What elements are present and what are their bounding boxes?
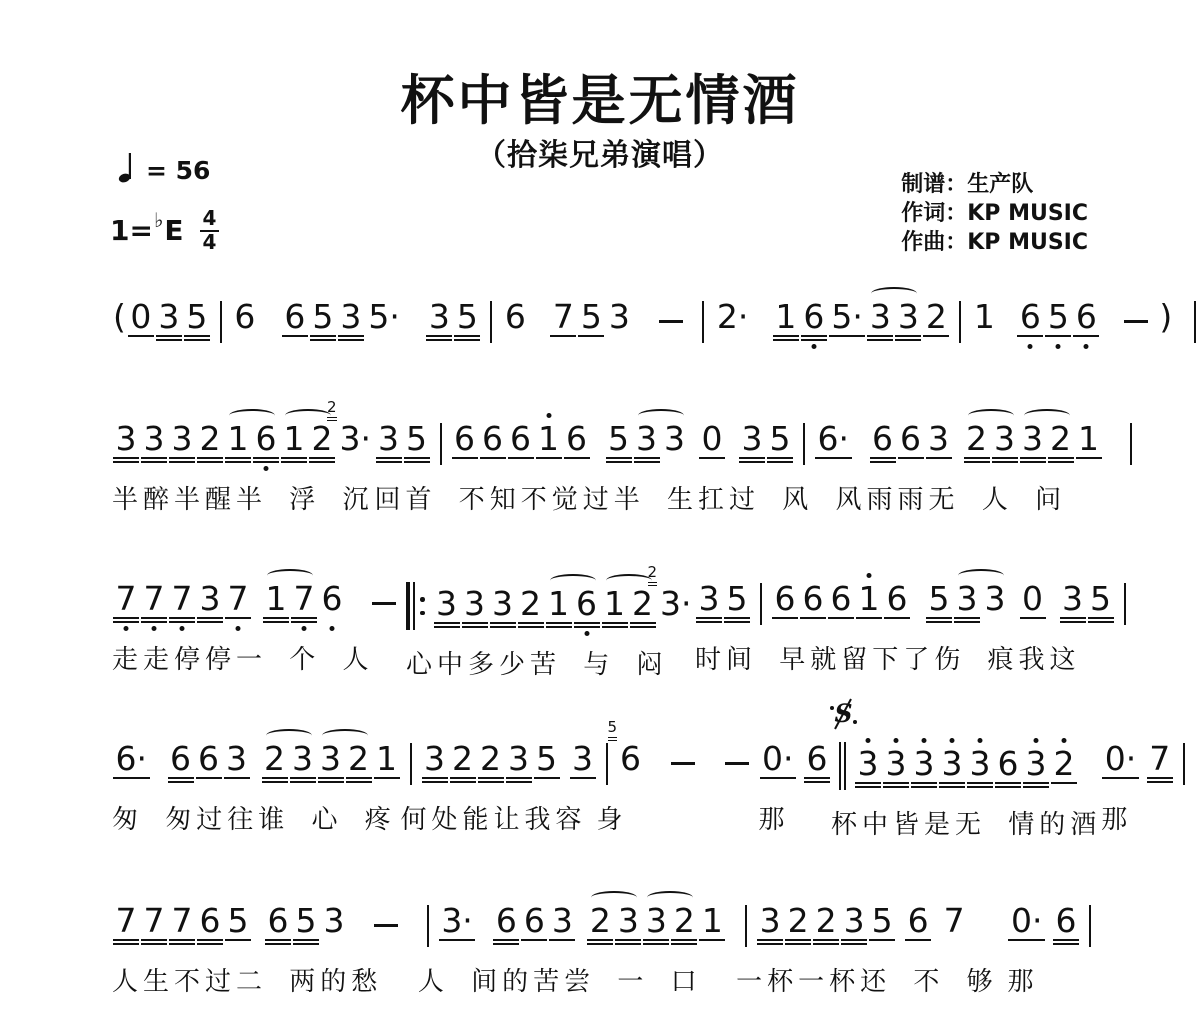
- note: 3: [490, 587, 516, 630]
- score-element: [113, 939, 139, 941]
- note: 3: [757, 904, 783, 947]
- score-element: [911, 782, 937, 784]
- note: 7: [141, 904, 167, 947]
- score-element: [699, 457, 725, 459]
- note-number: 5: [1088, 582, 1114, 615]
- note-number: 6: [1073, 300, 1099, 333]
- beam-lines: [290, 775, 316, 785]
- music-system: 6·66323321匆 匆过往谁 心 疼322353何处能让我容56身0·6那S…: [112, 742, 1100, 841]
- score-element: [253, 461, 279, 463]
- score-element: [156, 339, 182, 341]
- note: 2: [671, 904, 697, 947]
- note: 7: [141, 582, 167, 625]
- score-element: [141, 621, 167, 623]
- lyric-line: 扛过 风 风雨雨无 人 问: [698, 479, 1066, 516]
- note-number: 3: [696, 582, 722, 615]
- measure-segment: 77737176走走停停一 个 人: [112, 582, 406, 676]
- score-element: [141, 939, 167, 941]
- beam-lines: [1017, 333, 1043, 343]
- score-element: [197, 617, 223, 619]
- beam-lines: [785, 937, 811, 947]
- paren: (: [113, 300, 126, 333]
- note: 3: [156, 300, 182, 343]
- score-element: [141, 461, 167, 463]
- note: 1: [546, 587, 572, 630]
- score-element: [169, 457, 195, 459]
- beam-lines: [618, 775, 644, 785]
- note-number: 3: [376, 422, 402, 455]
- beam-lines: [169, 937, 195, 947]
- measure-segment: 56身: [597, 742, 759, 836]
- score-element: [772, 617, 798, 619]
- beam-lines: [964, 455, 990, 465]
- note-number: 5: [606, 422, 632, 455]
- measure-segment: 3566616533回首 不知不觉过半 生: [375, 422, 699, 516]
- note: 3: [643, 904, 669, 947]
- beam-lines: [587, 937, 613, 947]
- note-number: 2: [309, 422, 335, 455]
- score-element: [549, 939, 575, 941]
- beam-lines: [800, 615, 826, 625]
- score-element: [169, 617, 195, 619]
- score-element: [926, 617, 952, 619]
- note-number: 6: [502, 300, 528, 333]
- beam-lines: [643, 937, 669, 947]
- note-number: 5: [225, 904, 251, 937]
- beam-lines: [1053, 937, 1079, 947]
- beam-lines: [536, 455, 562, 465]
- grace-note: 5: [608, 720, 618, 741]
- note-number: 7: [169, 904, 195, 937]
- beam-lines: [939, 780, 965, 790]
- note-number: 5: [1045, 300, 1071, 333]
- beam-lines: [374, 775, 400, 785]
- score-element: [534, 777, 560, 779]
- note-number: 6: [168, 742, 194, 775]
- note: 56: [618, 742, 644, 785]
- note-number: 1: [1076, 422, 1102, 455]
- score-element: [801, 339, 827, 341]
- score-element: [911, 786, 937, 788]
- note: 2: [587, 904, 613, 947]
- score-element: [867, 339, 893, 341]
- score-element: [895, 339, 921, 341]
- score-element: [450, 781, 476, 783]
- beam-lines: [813, 937, 839, 947]
- score-element: [1147, 777, 1173, 779]
- note: 3: [426, 300, 452, 343]
- note-number: 3: [757, 904, 783, 937]
- note-number: 5·: [829, 300, 866, 333]
- beam-lines: [829, 333, 866, 343]
- notes-row: 3223567: [736, 904, 968, 947]
- note: 0: [1020, 582, 1046, 625]
- note-number: 6: [265, 904, 291, 937]
- segno-double-barline: S: [839, 742, 846, 790]
- score-element: [225, 617, 251, 619]
- measure-segment: 6753: [481, 300, 693, 343]
- score-element: [1051, 782, 1077, 784]
- note: 1: [602, 587, 628, 630]
- score-element: [844, 742, 846, 790]
- note-number: 2: [518, 587, 544, 620]
- score-element: [648, 585, 658, 587]
- note: 1: [971, 300, 997, 343]
- beam-lines: [480, 455, 506, 465]
- note-number: 3: [634, 422, 660, 455]
- score-element: [404, 461, 430, 463]
- note-number: 3: [321, 904, 347, 937]
- slur-group: 32: [317, 742, 373, 785]
- note: 3: [855, 747, 881, 790]
- score-element: [454, 335, 480, 337]
- measure-segment: 6·66323321匆 匆过往谁 心 疼: [112, 742, 401, 836]
- score-element: [967, 786, 993, 788]
- octave-dot-low: [811, 344, 816, 349]
- beam-lines: [291, 615, 317, 625]
- beam-lines: [1088, 615, 1114, 625]
- score-element: [225, 457, 251, 459]
- score-element: [898, 457, 924, 459]
- lyric-line: 那: [759, 799, 790, 836]
- score-element: [434, 622, 460, 624]
- slur-group: 33: [633, 422, 689, 465]
- beam-lines: [508, 455, 534, 465]
- note-number: 1: [225, 422, 251, 455]
- beam-lines: [262, 775, 288, 785]
- score-element: [338, 335, 364, 337]
- octave-dot-low: [236, 626, 241, 631]
- note: 23·: [337, 422, 374, 465]
- beam-lines: [1060, 615, 1086, 625]
- beam-lines: [224, 775, 250, 785]
- beam-lines: [602, 620, 628, 630]
- beam-lines: [156, 333, 182, 343]
- beam-lines: [141, 615, 167, 625]
- note: 5: [534, 742, 560, 785]
- lyric-line: 我这: [1019, 639, 1081, 676]
- score-element: [587, 939, 613, 941]
- note: 3: [911, 747, 937, 790]
- note: 0·: [1008, 904, 1045, 947]
- note: 3: [926, 422, 952, 465]
- note: 6: [870, 422, 896, 465]
- score-element: [574, 622, 600, 624]
- beam-lines: [971, 333, 997, 343]
- score-element: [462, 622, 488, 624]
- score-element: [169, 621, 195, 623]
- duration-dash: [671, 762, 695, 765]
- beam-lines: [714, 333, 751, 343]
- score: (03566535·3567532·165·3321656)3332161223…: [112, 0, 1100, 1018]
- note: 3: [615, 904, 641, 947]
- note-number: 1: [263, 582, 289, 615]
- notes-row: 56: [597, 742, 759, 785]
- note: 1: [536, 422, 562, 465]
- note: 3: [1023, 747, 1049, 790]
- beam-lines: [658, 620, 695, 630]
- score-element: [546, 622, 572, 624]
- note-number: 7: [550, 300, 576, 333]
- note: 3: [1060, 582, 1086, 625]
- note: 6: [574, 587, 600, 630]
- note: 6: [493, 904, 519, 947]
- score-element: [224, 777, 250, 779]
- score-element: [608, 737, 618, 739]
- slur-group: 12: [280, 422, 336, 465]
- note: 6: [1017, 300, 1043, 343]
- note-number: 3: [422, 742, 448, 775]
- note: 6: [800, 582, 826, 625]
- score-element: [1008, 939, 1045, 941]
- measure-segment: 3566616533时间 早就留下了伤 痕: [695, 582, 1019, 676]
- score-element: [853, 720, 857, 724]
- note-number: 3: [841, 904, 867, 937]
- score-element: [327, 417, 337, 419]
- note-number: 7: [169, 582, 195, 615]
- lyric-line: 那: [1101, 799, 1132, 836]
- note: 1: [773, 300, 799, 343]
- note-number: 6: [253, 422, 279, 455]
- beam-lines: [905, 937, 931, 947]
- notes-row: 322353: [401, 742, 597, 785]
- note: 2: [450, 742, 476, 785]
- notes-row: 035: [1019, 582, 1135, 625]
- score-element: [570, 777, 596, 779]
- note: 6: [564, 422, 590, 465]
- note-number: 3: [318, 742, 344, 775]
- note-number: 2: [813, 904, 839, 937]
- barline: [760, 583, 762, 625]
- score-element: [141, 617, 167, 619]
- note-number: 3: [462, 587, 488, 620]
- beam-lines: [263, 615, 289, 625]
- barline: [1130, 423, 1132, 465]
- note: 3: [338, 300, 364, 343]
- note: 6: [319, 582, 345, 625]
- score-element: [630, 626, 656, 628]
- score-element: [318, 777, 344, 779]
- score-element: [1020, 617, 1046, 619]
- note: 6: [265, 904, 291, 947]
- repeat-begin-barline: [406, 582, 425, 630]
- slur-group: 17: [262, 582, 318, 625]
- note: 5: [293, 904, 319, 947]
- score-element: [760, 777, 797, 779]
- note: 3: [224, 742, 250, 785]
- score-element: [1053, 943, 1079, 945]
- duration-dash: [372, 602, 396, 605]
- score-element: [426, 339, 452, 341]
- note-number: 3: [490, 587, 516, 620]
- note-number: 5: [578, 300, 604, 333]
- note-number: 3: [895, 300, 921, 333]
- note-number: 7: [941, 904, 967, 937]
- note: 2: [1048, 422, 1074, 465]
- beam-lines: [869, 937, 895, 947]
- score-element: [1017, 335, 1043, 337]
- note: 3: [321, 904, 347, 947]
- score-element: [883, 782, 909, 784]
- octave-dot-high: [866, 738, 871, 743]
- note: 3: [696, 582, 722, 625]
- score-element: [290, 777, 316, 779]
- note-number: 3: [911, 747, 937, 780]
- note: 6·: [815, 422, 852, 465]
- score-element: [785, 943, 811, 945]
- barline: [1183, 743, 1185, 785]
- note-number: 3: [156, 300, 182, 333]
- note-number: 5: [404, 422, 430, 455]
- beam-lines: [282, 333, 308, 343]
- score-element: [995, 782, 1021, 784]
- note: 2: [478, 742, 504, 785]
- beam-lines: [462, 620, 488, 630]
- notes-row: 3332161223·: [406, 582, 695, 630]
- note: 3: [606, 300, 632, 343]
- note-number: 0·: [1008, 904, 1045, 937]
- lyric-line: 人 间的苦尝 一 口: [418, 961, 702, 998]
- note-number: 3: [570, 742, 596, 775]
- note-number: 1: [773, 300, 799, 333]
- note: 1: [856, 582, 882, 625]
- duration-dash: [659, 320, 683, 323]
- score-element: [671, 939, 697, 941]
- music-system: 77737176走走停停一 个 人3332161223·心中多少苦 与 闷356…: [112, 582, 1100, 681]
- beam-lines: [941, 937, 967, 947]
- beam-lines: [366, 333, 403, 343]
- note: 3: [462, 587, 488, 630]
- score-element: [699, 939, 725, 941]
- measure-segment: 3332161223·半醉半醒半 浮 沉: [112, 422, 375, 516]
- beam-lines: [634, 455, 660, 465]
- note: 3: [883, 747, 909, 790]
- note-number: 3: [606, 300, 632, 333]
- beam-lines: [439, 937, 476, 947]
- score-element: [493, 943, 519, 945]
- note: 2: [964, 422, 990, 465]
- beam-lines: [696, 615, 722, 625]
- note-number: 3: [967, 747, 993, 780]
- notes-row: 3566616533: [375, 422, 689, 465]
- score-element: [602, 626, 628, 628]
- notes-row: 0·7: [1101, 742, 1194, 785]
- measure-segment: 322353何处能让我容: [401, 742, 597, 836]
- beam-lines: [1073, 333, 1099, 343]
- score-element: [870, 457, 896, 459]
- note: 6: [168, 742, 194, 785]
- note: 3: [967, 747, 993, 790]
- score-element: [327, 420, 337, 422]
- note: 7: [113, 582, 139, 625]
- beam-lines: [804, 775, 830, 785]
- slur-group: 32: [1019, 422, 1075, 465]
- beam-lines: [534, 775, 560, 785]
- note-number: 1: [602, 587, 628, 620]
- score-element: [606, 461, 632, 463]
- measure-segment: 035我这: [1019, 582, 1135, 676]
- note-number: 1: [971, 300, 997, 333]
- note-number: 0: [1020, 582, 1046, 615]
- note: 3: [318, 742, 344, 785]
- note-number: 1: [699, 904, 725, 937]
- beam-lines: [196, 775, 222, 785]
- note: 5: [1088, 582, 1114, 625]
- score-element: [521, 939, 547, 941]
- score-element: [1060, 621, 1086, 623]
- beam-lines: [662, 455, 688, 465]
- note-number: 6: [801, 300, 827, 333]
- score-element: [263, 621, 289, 623]
- beam-lines: [992, 455, 1018, 465]
- note-number: 6: [884, 582, 910, 615]
- lyric-line: 那: [1007, 961, 1038, 998]
- note-number: 6: [196, 742, 222, 775]
- score-element: [630, 622, 656, 624]
- octave-dot-low: [1028, 344, 1033, 349]
- note-number: 6: [1053, 904, 1079, 937]
- beam-lines: [550, 333, 576, 343]
- score-element: [262, 781, 288, 783]
- score-element: [346, 781, 372, 783]
- note-number: 6: [232, 300, 258, 333]
- score-element: [1088, 621, 1114, 623]
- note: 6: [772, 582, 798, 625]
- score-element: [450, 777, 476, 779]
- note: 0: [128, 300, 154, 343]
- beam-lines: [168, 775, 194, 785]
- note: 3: [197, 582, 223, 625]
- score-element: [318, 781, 344, 783]
- beam-lines: [767, 455, 793, 465]
- octave-dot-high: [1034, 738, 1039, 743]
- beam-lines: [281, 455, 307, 465]
- score-element: [493, 939, 519, 941]
- beam-lines: [926, 615, 952, 625]
- note-number: 5: [767, 422, 793, 455]
- score-element: [374, 777, 400, 779]
- note-number: 3: [338, 300, 364, 333]
- beam-lines: [309, 455, 335, 465]
- beam-lines: [1008, 937, 1045, 947]
- beam-lines: [128, 333, 154, 343]
- score-element: [184, 335, 210, 337]
- note-number: 2: [587, 904, 613, 937]
- lyric-line: 匆 匆过往谁 心 疼: [112, 799, 396, 836]
- beam-lines: [1020, 455, 1046, 465]
- score-element: [634, 457, 660, 459]
- score-element: [867, 335, 893, 337]
- note-number: 6: [197, 904, 223, 937]
- score-element: [671, 943, 697, 945]
- note: 5: [578, 300, 604, 343]
- beam-lines: [1045, 333, 1071, 343]
- score-element: [855, 782, 881, 784]
- beam-lines: [422, 775, 448, 785]
- note: 3: [376, 422, 402, 465]
- notes-row: 2·165·332: [693, 300, 950, 343]
- note-number: 6: [995, 747, 1021, 780]
- score-element: [141, 943, 167, 945]
- beam-lines: [113, 937, 139, 947]
- beam-lines: [1048, 455, 1074, 465]
- note: 3: [290, 742, 316, 785]
- note: 1: [281, 422, 307, 465]
- note: 6: [804, 742, 830, 785]
- beam-lines: [606, 333, 632, 343]
- beam-lines: [454, 333, 480, 343]
- score-element: [169, 939, 195, 941]
